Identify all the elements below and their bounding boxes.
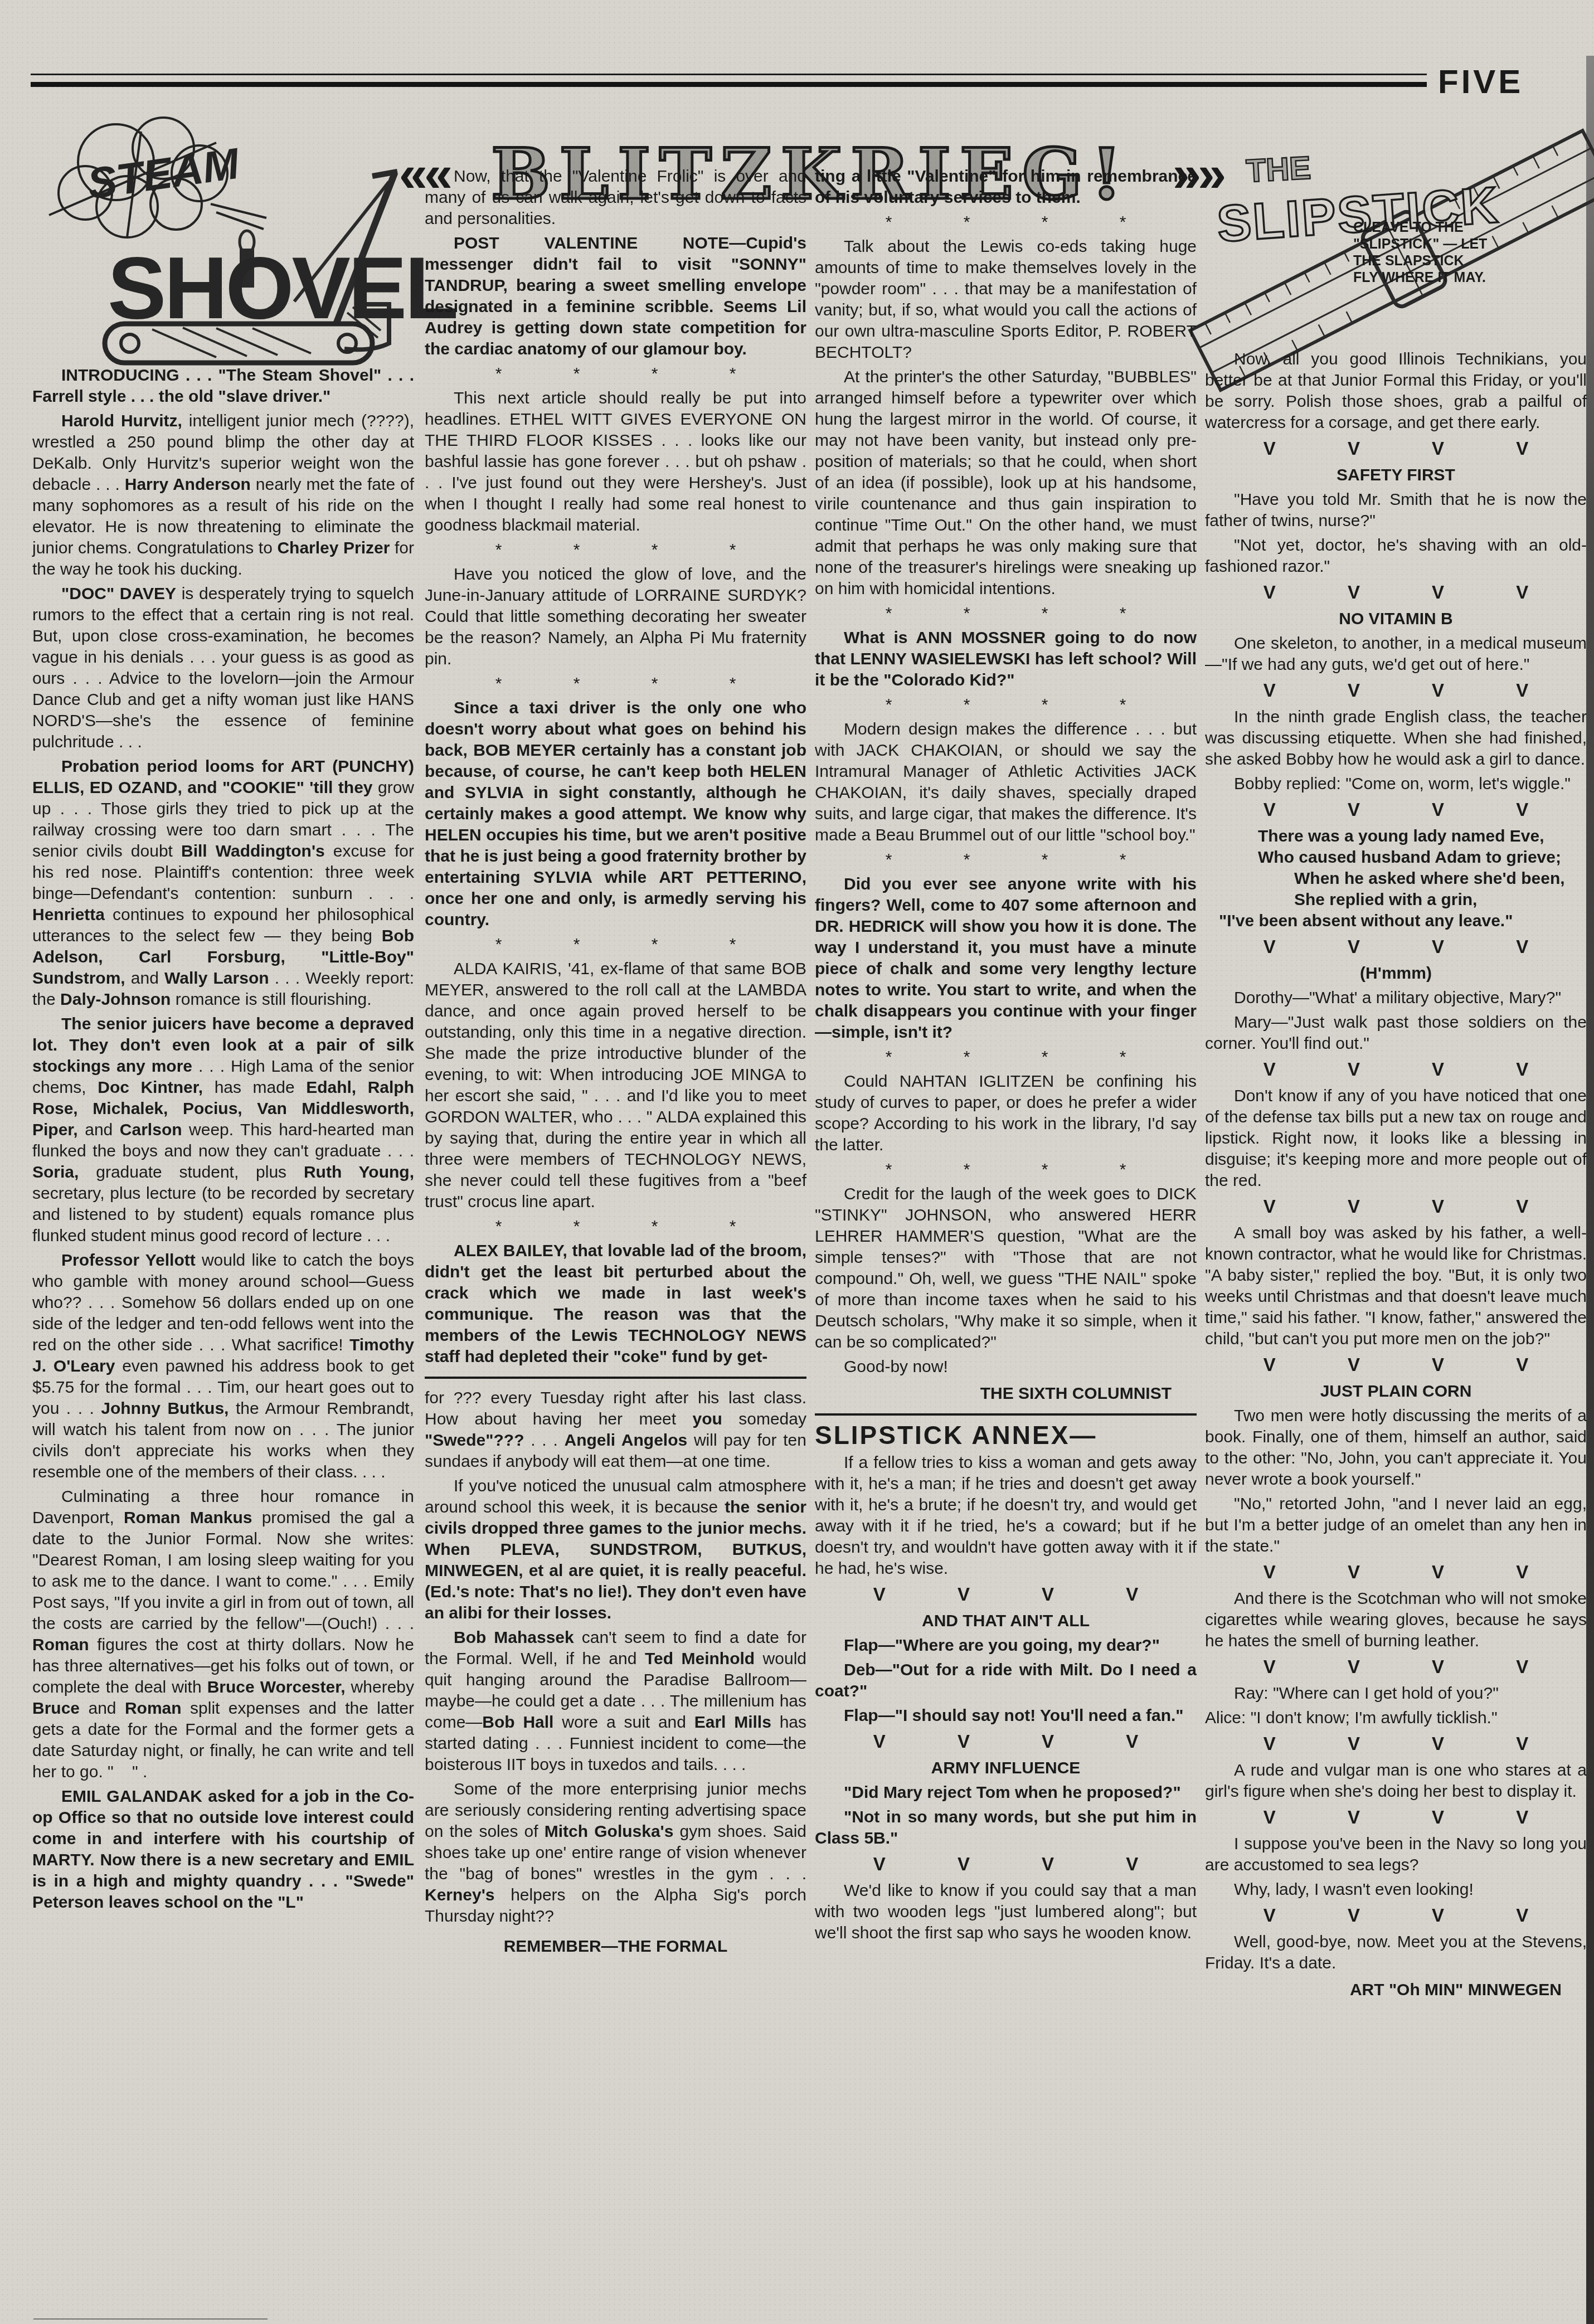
paragraph: Now, that the "Valentine Frolic" is over… [425,166,806,230]
paragraph: Professor Yellott would like to catch th… [32,1250,414,1483]
paragraph: If you've noticed the unusual calm atmos… [425,1476,806,1624]
steam-shovel-logo: STEAM SHOVEL [32,109,414,357]
paragraph: "Have you told Mr. Smith that he is now … [1205,489,1587,532]
signature: ART "Oh MIN" MINWEGEN [1205,1980,1562,2001]
paragraph: "Not in so many words, but she put him i… [815,1807,1197,1849]
joke-heading: SAFETY FIRST [1205,465,1587,486]
vees-separator: V V V V [1205,1656,1587,1678]
paragraph: Did you ever see anyone write with his f… [815,874,1197,1043]
limerick: There was a young lady named Eve,Who cau… [1205,826,1587,932]
stars-separator: * * * * [425,363,806,385]
paragraph: Now, all you good Illinois Technikians, … [1205,349,1587,434]
stars-separator: * * * * [425,539,806,561]
paragraph: "DOC" DAVEY is desperately trying to squ… [32,584,414,753]
paragraph: EMIL GALANDAK asked for a job in the Co-… [32,1786,414,1913]
paragraph: The senior juicers have become a deprave… [32,1014,414,1247]
verse-line: She replied with a grin, [1294,889,1587,911]
caption-line: FLY WHERE IT MAY. [1353,269,1515,286]
slipstick-column: Now, all you good Illinois Technikians, … [1205,349,1587,2007]
paragraph: Good-by now! [815,1357,1197,1378]
caption-line: CLEAVE TO THE [1353,219,1515,236]
paragraph: At the printer's the other Saturday, "BU… [815,367,1197,600]
paragraph: Flap—"I should say not! You'll need a fa… [815,1705,1197,1727]
joke-heading: AND THAT AIN'T ALL [815,1611,1197,1632]
slipstick-logo: THE SLIPSTICK CLEAVE TO THE "SLIPSTICK" … [1214,114,1588,354]
page-number: FIVE [1438,62,1523,101]
paragraph: Why, lady, I wasn't even looking! [1205,1879,1587,1900]
paragraph: And there is the Scotchman who will not … [1205,1588,1587,1652]
stars-separator: * * * * [425,934,806,955]
paragraph: Deb—"Out for a ride with Milt. Do I need… [815,1660,1197,1702]
the-word: THE [1245,150,1311,189]
stars-separator: * * * * [815,849,1197,871]
paragraph: Some of the more enterprising junior mec… [425,1779,806,1927]
paragraph: Well, good-bye, now. Meet you at the Ste… [1205,1932,1587,1974]
vees-separator: V V V V [1205,1807,1587,1828]
steam-shovel-illustration: STEAM SHOVEL [32,109,414,357]
stars-separator: * * * * [815,603,1197,624]
paragraph: Credit for the laugh of the week goes to… [815,1184,1197,1353]
paragraph: What is ANN MOSSNER going to do now that… [815,628,1197,691]
paragraph: If a fellow tries to kiss a woman and ge… [815,1452,1197,1579]
paragraph: "Not yet, doctor, he's shaving with an o… [1205,535,1587,577]
vees-separator: V V V V [1205,1059,1587,1080]
verse-line: When he asked where she'd been, [1294,868,1587,889]
paragraph: ALDA KAIRIS, '41, ex-flame of that same … [425,959,806,1213]
bottom-scan-mark [33,2318,268,2320]
paragraph: We'd like to know if you could say that … [815,1880,1197,1944]
paragraph: Culminating a three hour romance in Dave… [32,1486,414,1783]
stars-separator: * * * * [815,694,1197,716]
signature: THE SIXTH COLUMNIST [815,1383,1172,1404]
verse-line: "I've been absent without any leave." [1219,911,1587,932]
paragraph: A rude and vulgar man is one who stares … [1205,1760,1587,1802]
paragraph: "Did Mary reject Tom when he proposed?" [815,1782,1197,1803]
column-divider [815,1413,1197,1416]
steam-word: STEAM [85,138,244,208]
paragraph: Bob Mahassek can't seem to find a date f… [425,1627,806,1776]
caption-line: "SLIPSTICK" — LET [1353,236,1515,252]
paragraph: Probation period looms for ART (PUNCHY) … [32,756,414,1010]
vees-separator: V V V V [815,1584,1197,1605]
paragraph: Dorothy—"What' a military objective, Mar… [1205,988,1587,1009]
paragraph: Have you noticed the glow of love, and t… [425,564,806,670]
top-rule-thin [31,74,1427,75]
joke-heading: JUST PLAIN CORN [1205,1381,1587,1402]
vees-separator: V V V V [1205,680,1587,701]
paragraph: Talk about the Lewis co-eds taking huge … [815,236,1197,363]
paragraph: One skeleton, to another, in a medical m… [1205,633,1587,675]
paragraph: POST VALENTINE NOTE—Cupid's messenger di… [425,233,806,360]
paragraph: Flap—"Where are you going, my dear?" [815,1635,1197,1656]
slipstick-caption: CLEAVE TO THE "SLIPSTICK" — LET THE SLAP… [1353,219,1515,286]
paragraph: Since a taxi driver is the only one who … [425,698,806,931]
paragraph: Could NAHTAN IGLITZEN be confining his s… [815,1071,1197,1156]
annex-heading: SLIPSTICK ANNEX— [815,1424,1197,1446]
joke-heading: ARMY INFLUENCE [815,1758,1197,1779]
vees-separator: V V V V [815,1854,1197,1875]
steam-shovel-column: INTRODUCING . . . "The Steam Shovel" . .… [32,365,414,1917]
verse-line: Who caused husband Adam to grieve; [1258,847,1587,868]
vees-separator: V V V V [815,1731,1197,1752]
vees-separator: V V V V [1205,1733,1587,1754]
paragraph: I suppose you've been in the Navy so lon… [1205,1834,1587,1876]
paragraph: Don't know if any of you have noticed th… [1205,1086,1587,1192]
column-divider [425,1377,806,1379]
stars-separator: * * * * [425,673,806,694]
paragraph: In the ninth grade English class, the te… [1205,707,1587,770]
vees-separator: V V V V [1205,936,1587,957]
paragraph: This next article should really be put i… [425,388,806,536]
page-scan-edge [1586,56,1594,2324]
paragraph: Harold Hurvitz, intelligent junior mech … [32,411,414,580]
centered-note: REMEMBER—THE FORMAL [425,1936,806,1957]
paragraph: ting a little "Valentine" for him in rem… [815,166,1197,208]
paragraph: for ??? every Tuesday right after his la… [425,1388,806,1472]
paragraph: Ray: "Where can I get hold of you?" [1205,1683,1587,1704]
top-rule-thick [31,82,1427,87]
stars-separator: * * * * [815,1047,1197,1068]
joke-heading: NO VITAMIN B [1205,609,1587,630]
stars-separator: * * * * [815,1159,1197,1180]
paragraph: Mary—"Just walk past those soldiers on t… [1205,1012,1587,1054]
vees-separator: V V V V [1205,1196,1587,1217]
vees-separator: V V V V [1205,1562,1587,1583]
caption-line: THE SLAPSTICK [1353,252,1515,269]
paragraph: Bobby replied: "Come on, worm, let's wig… [1205,774,1587,795]
paragraph: Modern design makes the difference . . .… [815,719,1197,846]
paragraph: INTRODUCING . . . "The Steam Shovel" . .… [32,365,414,407]
paragraph: Two men were hotly discussing the merits… [1205,1406,1587,1490]
newspaper-page: { "page": { "number": "FIVE", "title": "… [0,0,1594,2324]
verse-line: There was a young lady named Eve, [1258,826,1587,847]
vees-separator: V V V V [1205,799,1587,820]
paragraph: Alice: "I don't know; I'm awfully tickli… [1205,1708,1587,1729]
joke-heading: (H'mmm) [1205,963,1587,984]
paragraph: A small boy was asked by his father, a w… [1205,1223,1587,1350]
vees-separator: V V V V [1205,582,1587,603]
stars-separator: * * * * [815,212,1197,233]
vees-separator: V V V V [1205,1905,1587,1926]
stars-separator: * * * * [425,1216,806,1237]
paragraph: ALEX BAILEY, that lovable lad of the bro… [425,1241,806,1368]
vees-separator: V V V V [1205,1354,1587,1375]
vees-separator: V V V V [1205,438,1587,459]
blitzkrieg-column-left: Now, that the "Valentine Frolic" is over… [425,166,806,1957]
blitzkrieg-column-right: ting a little "Valentine" for him in rem… [815,166,1197,1947]
paragraph: "No," retorted John, "and I never laid a… [1205,1494,1587,1557]
